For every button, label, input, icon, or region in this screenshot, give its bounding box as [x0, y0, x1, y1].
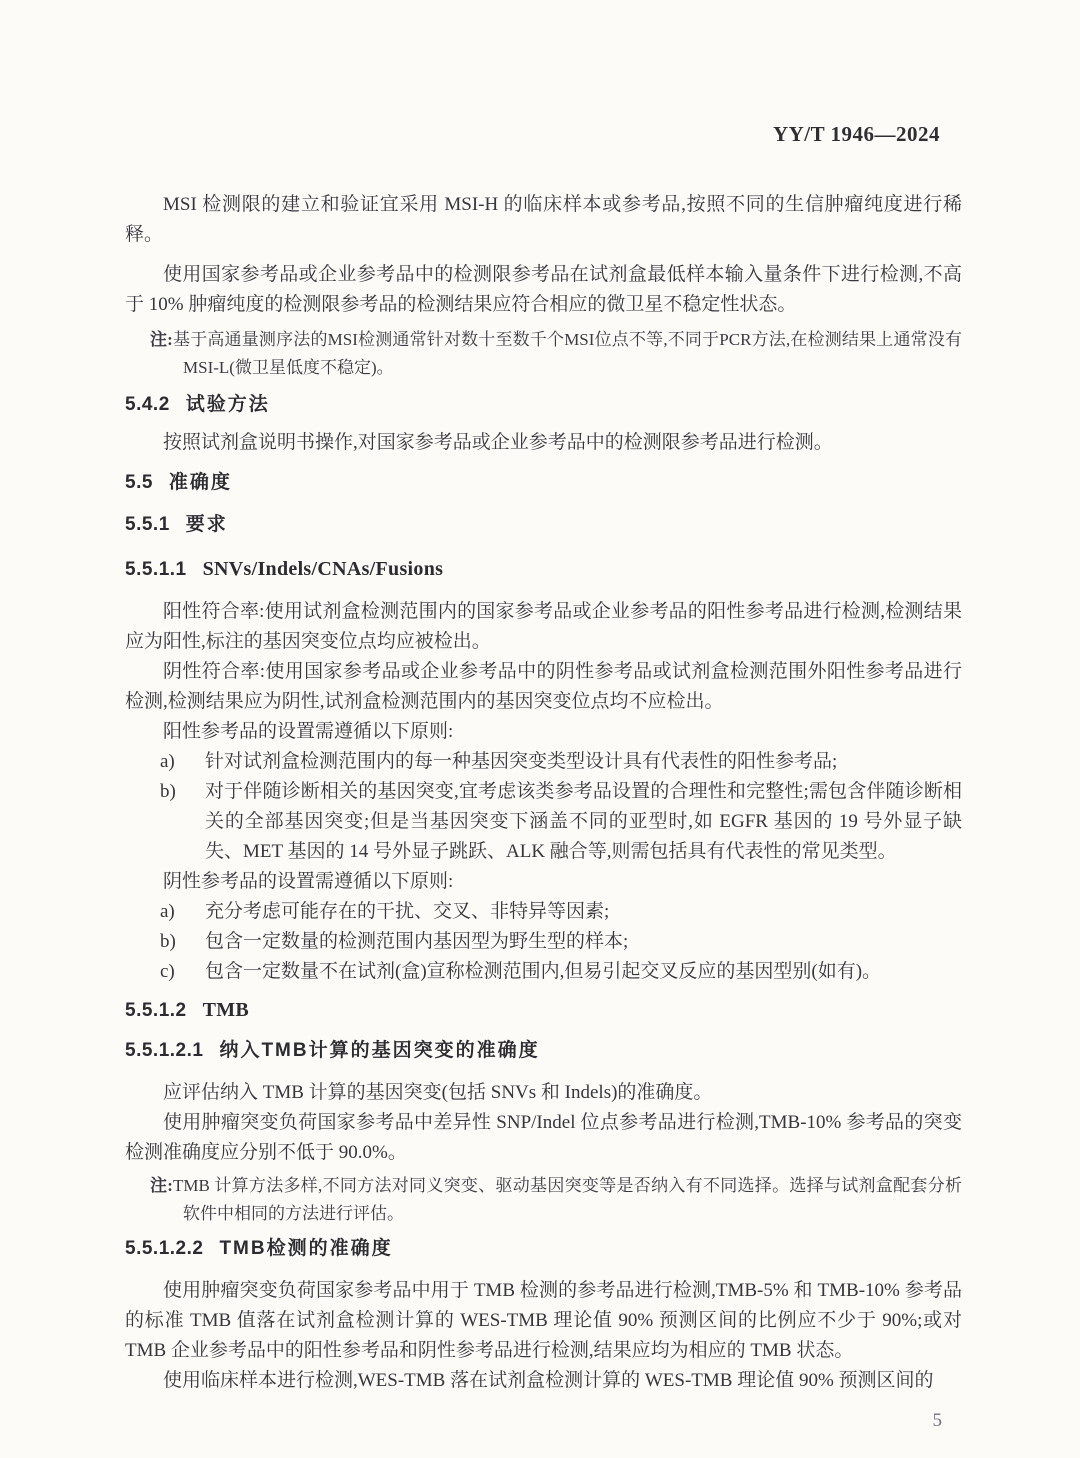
heading-title: TMB: [203, 999, 249, 1021]
note-text: TMB 计算方法多样,不同方法对同义突变、驱动基因突变等是否纳入有不同选择。选择…: [173, 1176, 962, 1223]
page-content: MSI 检测限的建立和验证宜采用 MSI-H 的临床样本或参考品,按照不同的生信…: [125, 190, 962, 1396]
list-item-b-negative: b)包含一定数量的检测范围内基因型为野生型的样本;: [125, 927, 962, 957]
heading-5-5-1: 5.5.1要求: [125, 510, 962, 540]
heading-title: 试验方法: [186, 394, 270, 415]
list-item-c-negative: c)包含一定数量不在试剂(盒)宣称检测范围内,但易引起交叉反应的基因型别(如有)…: [125, 957, 962, 987]
note-label: 注:: [150, 330, 173, 349]
heading-title: 准确度: [169, 472, 232, 493]
para-negative-ref-principles: 阴性参考品的设置需遵循以下原则:: [125, 867, 962, 897]
list-text: 对于伴随诊断相关的基因突变,宜考虑该类参考品设置的合理性和完整性;需包含伴随诊断…: [205, 777, 962, 867]
para-tmb-detection-accuracy: 使用肿瘤突变负荷国家参考品中用于 TMB 检测的参考品进行检测,TMB-5% 和…: [125, 1276, 962, 1366]
list-marker: a): [160, 747, 205, 777]
list-text: 针对试剂盒检测范围内的每一种基因突变类型设计具有代表性的阳性参考品;: [205, 747, 962, 777]
list-marker: b): [160, 927, 205, 957]
para-clinical-samples: 使用临床样本进行检测,WES-TMB 落在试剂盒检测计算的 WES-TMB 理论…: [125, 1366, 962, 1396]
heading-title: SNVs/Indels/CNAs/Fusions: [203, 558, 444, 580]
para-lod-testing: 使用国家参考品或企业参考品中的检测限参考品在试剂盒最低样本输入量条件下进行检测,…: [125, 260, 962, 320]
list-item-b-positive: b)对于伴随诊断相关的基因突变,宜考虑该类参考品设置的合理性和完整性;需包含伴随…: [125, 777, 962, 867]
list-marker: b): [160, 777, 205, 867]
heading-5-5-1-2-1: 5.5.1.2.1纳入TMB计算的基因突变的准确度: [125, 1036, 962, 1066]
heading-number: 5.5: [125, 472, 153, 493]
para-tmb-snp-indel: 使用肿瘤突变负荷国家参考品中差异性 SNP/Indel 位点参考品进行检测,TM…: [125, 1108, 962, 1168]
heading-5-5-1-2: 5.5.1.2TMB: [125, 995, 962, 1026]
para-positive-agreement: 阳性符合率:使用试剂盒检测范围内的国家参考品或企业参考品的阳性参考品进行检测,检…: [125, 597, 962, 657]
heading-title: TMB检测的准确度: [219, 1238, 392, 1259]
heading-number: 5.5.1: [125, 514, 170, 535]
note-tmb: 注:TMB 计算方法多样,不同方法对同义突变、驱动基因突变等是否纳入有不同选择。…: [125, 1172, 962, 1228]
heading-number: 5.5.1.2: [125, 1000, 187, 1021]
para-positive-ref-principles: 阳性参考品的设置需遵循以下原则:: [125, 717, 962, 747]
list-item-a-positive: a)针对试剂盒检测范围内的每一种基因突变类型设计具有代表性的阳性参考品;: [125, 747, 962, 777]
list-text: 包含一定数量不在试剂(盒)宣称检测范围内,但易引起交叉反应的基因型别(如有)。: [205, 957, 962, 987]
para-negative-agreement: 阴性符合率:使用国家参考品或企业参考品中的阴性参考品或试剂盒检测范围外阳性参考品…: [125, 657, 962, 717]
heading-title: 纳入TMB计算的基因突变的准确度: [219, 1040, 539, 1061]
list-marker: a): [160, 897, 205, 927]
heading-5-5-1-2-2: 5.5.1.2.2TMB检测的准确度: [125, 1234, 962, 1264]
heading-number: 5.5.1.2.1: [125, 1040, 203, 1061]
heading-title: 要求: [186, 514, 228, 535]
list-text: 包含一定数量的检测范围内基因型为野生型的样本;: [205, 927, 962, 957]
para-msi-lod-dilution: MSI 检测限的建立和验证宜采用 MSI-H 的临床样本或参考品,按照不同的生信…: [125, 190, 962, 250]
heading-5-4-2: 5.4.2试验方法: [125, 390, 962, 420]
list-item-a-negative: a)充分考虑可能存在的干扰、交叉、非特异等因素;: [125, 897, 962, 927]
document-page: YY/T 1946—2024 MSI 检测限的建立和验证宜采用 MSI-H 的临…: [0, 0, 1080, 1458]
note-label: 注:: [150, 1176, 173, 1195]
para-test-method: 按照试剂盒说明书操作,对国家参考品或企业参考品中的检测限参考品进行检测。: [125, 428, 962, 458]
header-standard-number: YY/T 1946—2024: [773, 122, 940, 147]
note-msi: 注:基于高通量测序法的MSI检测通常针对数十至数千个MSI位点不等,不同于PCR…: [125, 326, 962, 382]
heading-number: 5.5.1.1: [125, 559, 187, 580]
heading-5-5-1-1: 5.5.1.1SNVs/Indels/CNAs/Fusions: [125, 554, 962, 585]
list-marker: c): [160, 957, 205, 987]
para-tmb-mutation-accuracy-intro: 应评估纳入 TMB 计算的基因突变(包括 SNVs 和 Indels)的准确度。: [125, 1078, 962, 1108]
heading-5-5: 5.5准确度: [125, 468, 962, 498]
heading-number: 5.5.1.2.2: [125, 1238, 203, 1259]
list-text: 充分考虑可能存在的干扰、交叉、非特异等因素;: [205, 897, 962, 927]
page-number: 5: [933, 1410, 943, 1432]
note-text: 基于高通量测序法的MSI检测通常针对数十至数千个MSI位点不等,不同于PCR方法…: [173, 330, 962, 377]
heading-number: 5.4.2: [125, 394, 170, 415]
